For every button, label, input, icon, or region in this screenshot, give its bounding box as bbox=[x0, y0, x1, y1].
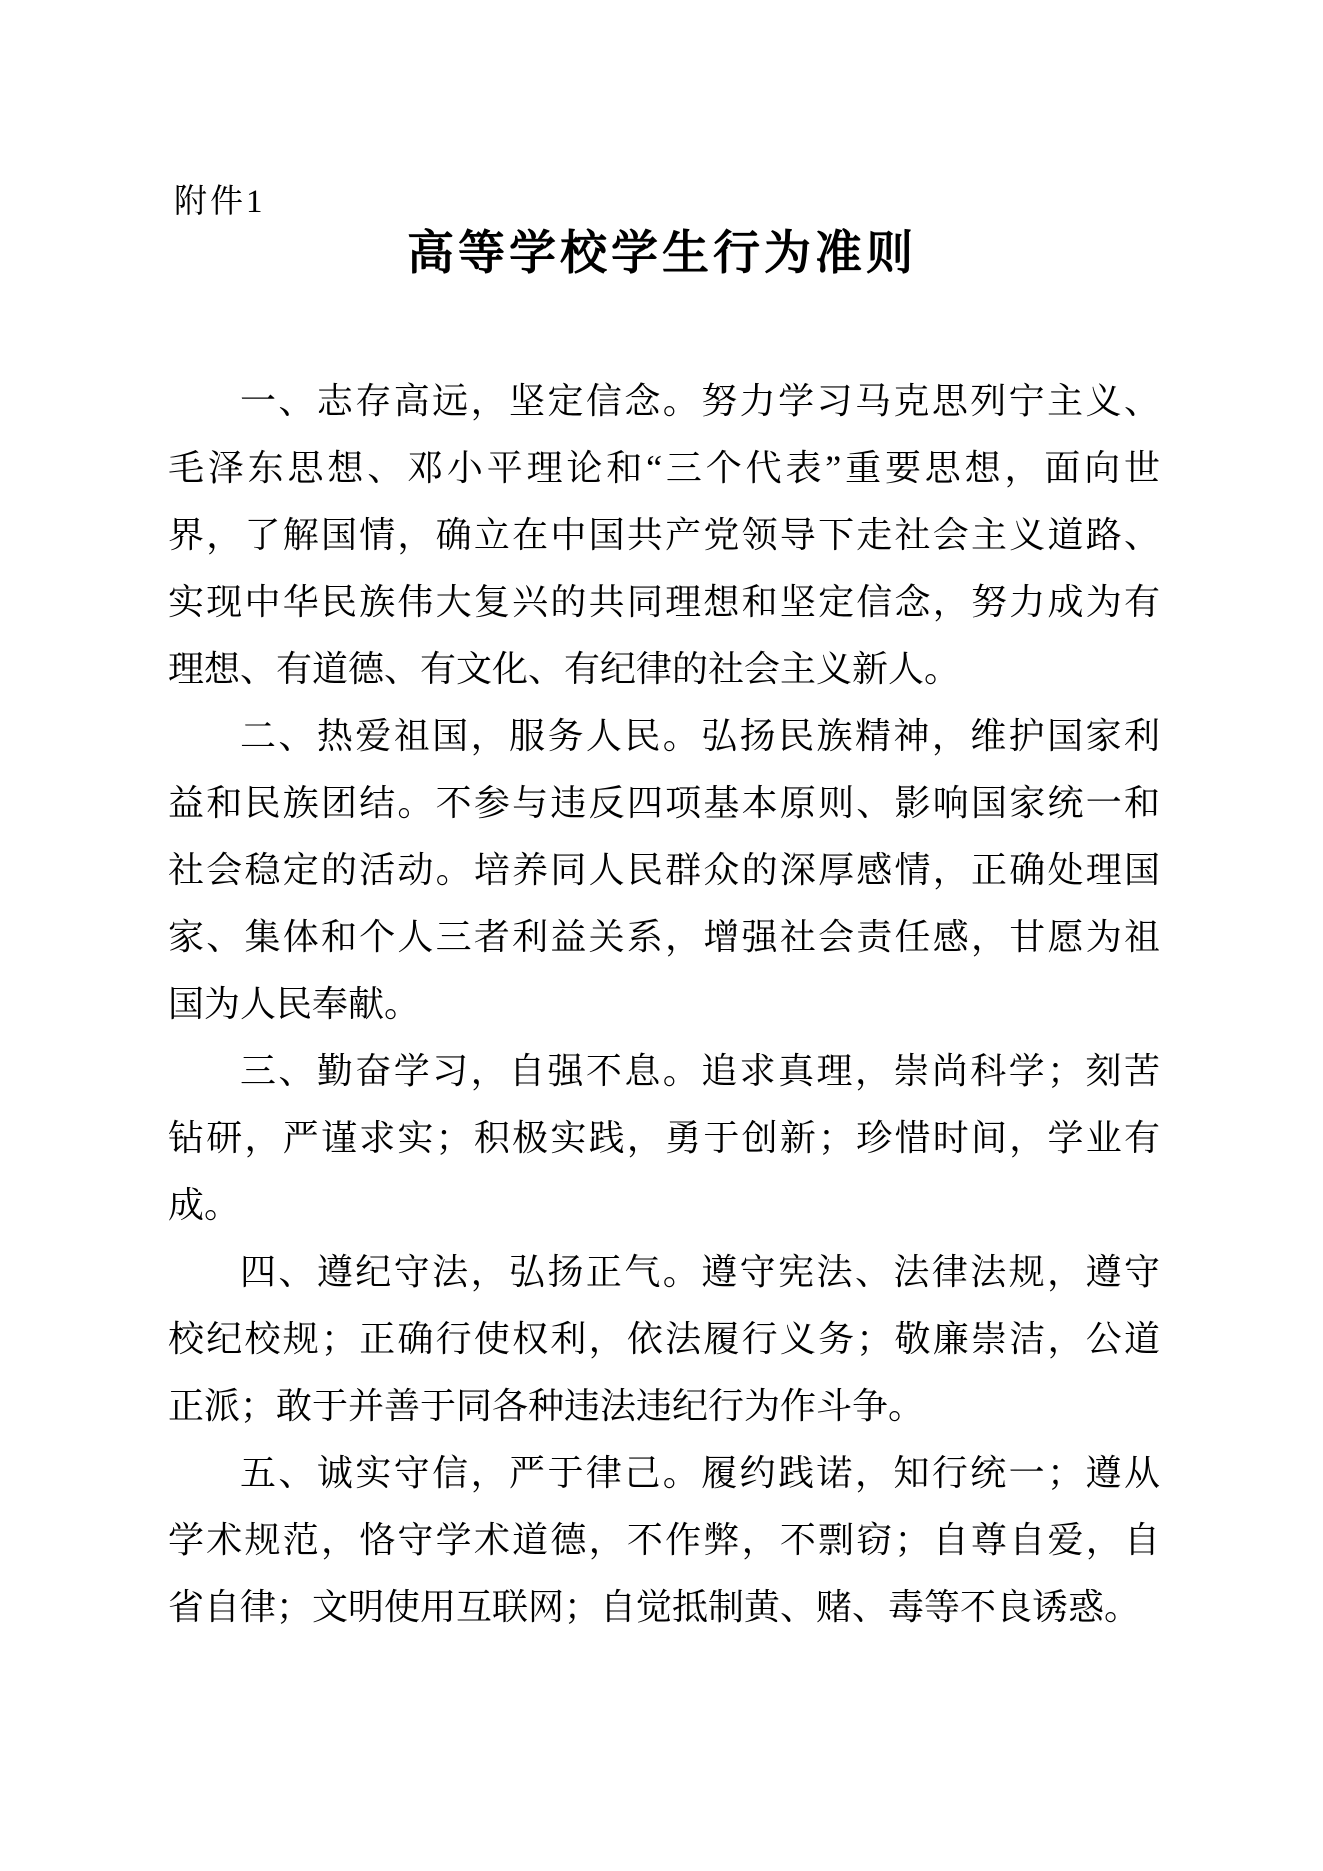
paragraph-3: 三、勤奋学习，自强不息。追求真理，崇尚科学；刻苦 钻研，严谨求实；积极实践，勇于… bbox=[168, 1038, 1160, 1239]
paragraph-3-line-3: 成。 bbox=[168, 1172, 1160, 1239]
paragraph-5-line-2: 学术规范，恪守学术道德，不作弊，不剽窃；自尊自爱，自 bbox=[168, 1507, 1160, 1574]
paragraph-4-line-2: 校纪校规；正确行使权利，依法履行义务；敬廉崇洁，公道 bbox=[168, 1306, 1160, 1373]
paragraph-1-line-4: 实现中华民族伟大复兴的共同理想和坚定信念，努力成为有 bbox=[168, 569, 1160, 636]
document-page: 附件1 高等学校学生行为准则 一、志存高远，坚定信念。努力学习马克思列宁主义、 … bbox=[0, 0, 1323, 1871]
paragraph-2-line-4: 家、集体和个人三者利益关系，增强社会责任感，甘愿为祖 bbox=[168, 904, 1160, 971]
document-title: 高等学校学生行为准则 bbox=[166, 224, 1158, 284]
attachment-label: 附件1 bbox=[174, 182, 266, 222]
paragraph-3-line-2: 钻研，严谨求实；积极实践，勇于创新；珍惜时间，学业有 bbox=[168, 1105, 1160, 1172]
paragraph-2-line-1: 二、热爱祖国，服务人民。弘扬民族精神，维护国家利 bbox=[168, 703, 1160, 770]
paragraph-4-line-3: 正派；敢于并善于同各种违法违纪行为作斗争。 bbox=[168, 1373, 1160, 1440]
paragraph-5-line-1: 五、诚实守信，严于律己。履约践诺，知行统一；遵从 bbox=[168, 1440, 1160, 1507]
paragraph-2-line-5: 国为人民奉献。 bbox=[168, 971, 1160, 1038]
paragraph-5: 五、诚实守信，严于律己。履约践诺，知行统一；遵从 学术规范，恪守学术道德，不作弊… bbox=[168, 1440, 1160, 1641]
paragraph-1-line-1: 一、志存高远，坚定信念。努力学习马克思列宁主义、 bbox=[168, 368, 1160, 435]
paragraph-2-line-3: 社会稳定的活动。培养同人民群众的深厚感情，正确处理国 bbox=[168, 837, 1160, 904]
paragraph-1: 一、志存高远，坚定信念。努力学习马克思列宁主义、 毛泽东思想、邓小平理论和“三个… bbox=[168, 368, 1160, 703]
paragraph-1-line-5: 理想、有道德、有文化、有纪律的社会主义新人。 bbox=[168, 636, 1160, 703]
paragraph-4: 四、遵纪守法，弘扬正气。遵守宪法、法律法规，遵守 校纪校规；正确行使权利，依法履… bbox=[168, 1239, 1160, 1440]
paragraph-5-line-3: 省自律；文明使用互联网；自觉抵制黄、赌、毒等不良诱惑。 bbox=[168, 1574, 1160, 1641]
paragraph-3-line-1: 三、勤奋学习，自强不息。追求真理，崇尚科学；刻苦 bbox=[168, 1038, 1160, 1105]
paragraph-2-line-2: 益和民族团结。不参与违反四项基本原则、影响国家统一和 bbox=[168, 770, 1160, 837]
paragraph-4-line-1: 四、遵纪守法，弘扬正气。遵守宪法、法律法规，遵守 bbox=[168, 1239, 1160, 1306]
paragraph-2: 二、热爱祖国，服务人民。弘扬民族精神，维护国家利 益和民族团结。不参与违反四项基… bbox=[168, 703, 1160, 1038]
document-body: 一、志存高远，坚定信念。努力学习马克思列宁主义、 毛泽东思想、邓小平理论和“三个… bbox=[168, 368, 1160, 1641]
paragraph-1-line-2: 毛泽东思想、邓小平理论和“三个代表”重要思想，面向世 bbox=[168, 435, 1160, 502]
paragraph-1-line-3: 界，了解国情，确立在中国共产党领导下走社会主义道路、 bbox=[168, 502, 1160, 569]
